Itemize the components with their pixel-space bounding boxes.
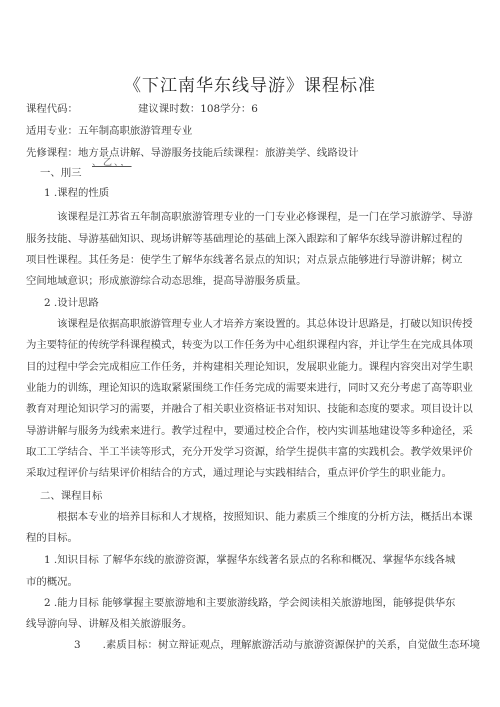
paragraph-line: 导游讲解与服务为线索来进行。教学过程中，要通过校企合作，校内实训基地建设等多种途… xyxy=(26,424,473,438)
paragraph-line: 采取过程评价与结果评价相结合的方式，通过理论与实践相结合，重点评价学生的职业能力… xyxy=(26,466,452,480)
suggested-hours: 建议课时数：108学分：6 xyxy=(138,103,258,115)
paragraph-line: 教育对理论知识学习的需要，并融合了相关职业资格证书对知识、技能和态度的要求。项目… xyxy=(26,402,473,416)
section-heading-2: 二、课程目标 xyxy=(40,489,102,503)
goal-number: 3 xyxy=(74,639,81,651)
goal-quality: 3.素质目标：树立辩证观点，理解旅游活动与旅游资源保护的关系，自觉做生态环境 xyxy=(74,638,480,652)
paragraph-line: 为主要特征的传统学科课程模式，转变为以工作任务为中心组织课程内容，并让学生在完成… xyxy=(26,338,473,352)
paragraph-line: 程的目标。 xyxy=(26,531,78,545)
goal-text: .素质目标：树立辩证观点，理解旅游活动与旅游资源保护的关系，自觉做生态环境 xyxy=(103,639,480,651)
paragraph-line: 该课程是江苏省五年制高职旅游管理专业的一门专业必修课程，是一门在学习旅游学、导游 xyxy=(57,210,473,224)
course-code-label: 课程代码： xyxy=(26,103,78,115)
subsection-heading-design: 2 .设计思路 xyxy=(44,296,99,310)
paragraph-line: 业能力的训练，理论知识的选取紧紧围绕工作任务完成的需要来进行，同时又充分考虑了高… xyxy=(26,381,473,395)
section-heading-1: 一、刖三 xyxy=(40,166,82,180)
subsection-heading-nature: 1 .课程的性质 xyxy=(44,186,109,200)
course-info-line: 课程代码：建议课时数：108学分：6 xyxy=(26,102,258,116)
goal-text: 能力目标 能够掌握主要旅游地和主要旅游线路，学会阅读相关旅游地图，能够提供华东 xyxy=(57,597,455,609)
paragraph-line: 该课程是依据高职旅游管理专业人才培养方案设置的。其总体设计思路是，打破以知识传授 xyxy=(57,317,473,331)
paragraph-line: 市的概况。 xyxy=(26,575,78,589)
goal-text: 知识目标 了解华东线的旅游资源，掌握华东线著名景点的名称和概况、掌握华东线各城 xyxy=(57,554,455,566)
paragraph-line: 目的过程中学会完成相应工作任务，并构建相关理论知识，发展职业能力。课程内容突出对… xyxy=(26,360,473,374)
goal-ability: 2 .能力目标 能够掌握主要旅游地和主要旅游线路，学会阅读相关旅游地图，能够提供… xyxy=(44,596,455,610)
paragraph-line: 线导游向导、讲解及相关旅游服务。 xyxy=(26,617,192,631)
applicable-major: 适用专业：五年制高职旅游管理专业 xyxy=(26,124,192,138)
paragraph-line: 取工工学结合、半工半读等形式，充分开发学习资源，给学生提供丰富的实践机会。教学效… xyxy=(26,445,473,459)
paragraph-line: 服务技能、导游基础知识、现场讲解等基础理论的基础上深入跟踪和了解华东线导游讲解过… xyxy=(26,232,462,246)
goal-knowledge: 1 .知识目标 了解华东线的旅游资源，掌握华东线著名景点的名称和概况、掌握华东线… xyxy=(44,553,455,567)
paragraph-line: 根据本专业的培养目标和人才规格，按照知识、能力素质三个维度的分析方法，概括出本课 xyxy=(57,510,473,524)
paragraph-line: 空间地域意识；形成旅游综合动态思维，提高导游服务质量。 xyxy=(26,274,307,288)
goal-number: 1 . xyxy=(44,554,57,566)
document-page: 《下江南华东线导游》课程标准 课程代码：建议课时数：108学分：6 适用专业：五… xyxy=(0,0,500,707)
scan-artifact-text: 、乙、， xyxy=(92,155,132,168)
prerequisites: 先修课程：地方景点讲解、导游服务技能后续课程：旅游美学、线路设计 xyxy=(26,146,359,160)
goal-number: 2 . xyxy=(44,597,57,609)
document-title: 《下江南华东线导游》课程标准 xyxy=(0,71,500,96)
paragraph-line: 项目性课程。其任务是：使学生了解华东线著名景点的知识；对点景点能够进行导游讲解；… xyxy=(26,253,462,267)
